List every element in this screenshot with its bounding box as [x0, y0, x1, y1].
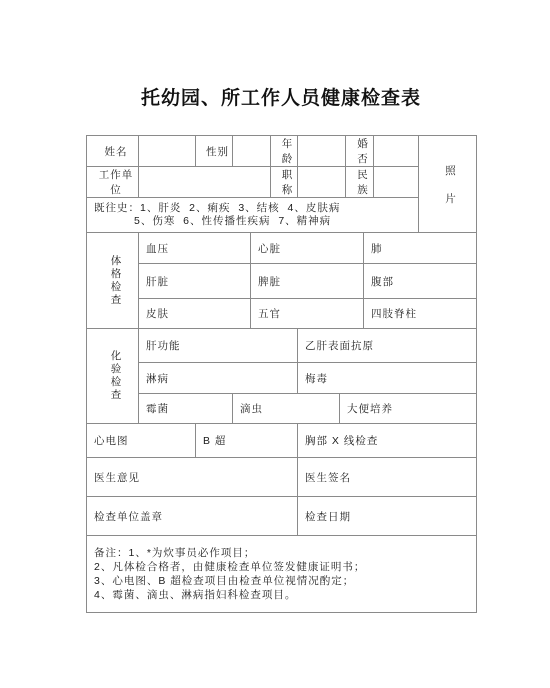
- doctor-signature-cell: 医生签名: [298, 458, 477, 497]
- row-lab-1: 化验检查 肝功能 乙肝表面抗原: [87, 329, 477, 363]
- row-other-exam: 心电图 B 超 胸部 X 线检查: [87, 424, 477, 458]
- page-title: 托幼园、所工作人员健康检查表: [86, 83, 476, 110]
- note-line-2: 2、凡体检合格者，由健康检查单位签发健康证明书；: [94, 560, 476, 574]
- row-doctor: 医生意见 医生签名: [87, 458, 477, 497]
- liver-function-cell: 肝功能: [139, 329, 298, 363]
- note-line-4: 4、霉菌、滴虫、淋病指妇科检查项目。: [94, 588, 476, 602]
- hbsag-cell: 乙肝表面抗原: [298, 329, 477, 363]
- age-value-cell: [298, 136, 346, 167]
- row-notes: 备注：1、*为炊事员必作项目； 2、凡体检合格者，由健康检查单位签发健康证明书；…: [87, 536, 477, 613]
- row-basic-2: 工作单位 职称 民族: [87, 167, 477, 198]
- work-unit-label: 工作单位: [87, 167, 139, 198]
- gonorrhea-cell: 淋病: [139, 363, 298, 394]
- limbs-spine-cell: 四肢脊柱: [364, 299, 477, 329]
- ethnicity-label: 民族: [346, 167, 374, 198]
- work-unit-value-cell: [139, 167, 271, 198]
- health-check-form-table: 姓名 性别 年龄 婚否 照 片 工作单位 职称 民族 既往史：1、肝炎 2、痢疾…: [86, 135, 477, 613]
- photo-placeholder: 照 片: [426, 163, 476, 206]
- blood-pressure-cell: 血压: [139, 233, 251, 264]
- skin-cell: 皮肤: [139, 299, 251, 329]
- name-label: 姓名: [87, 136, 139, 167]
- row-physical-1: 体格检查 血压 心脏 肺: [87, 233, 477, 264]
- photo-cell: 照 片: [419, 136, 477, 233]
- job-title-label: 职称: [271, 167, 298, 198]
- unit-stamp-cell: 检查单位盖章: [87, 497, 298, 536]
- stool-culture-cell: 大便培养: [340, 394, 477, 424]
- gender-value-cell: [233, 136, 271, 167]
- row-lab-2: 淋病 梅毒: [87, 363, 477, 394]
- liver-cell: 肝脏: [139, 264, 251, 299]
- age-label: 年龄: [271, 136, 298, 167]
- row-basic-1: 姓名 性别 年龄 婚否 照 片: [87, 136, 477, 167]
- marital-value-cell: [374, 136, 419, 167]
- notes-cell: 备注：1、*为炊事员必作项目； 2、凡体检合格者，由健康检查单位签发健康证明书；…: [87, 536, 477, 613]
- marital-label: 婚否: [346, 136, 374, 167]
- exam-date-cell: 检查日期: [298, 497, 477, 536]
- syphilis-cell: 梅毒: [298, 363, 477, 394]
- ultrasound-cell: B 超: [196, 424, 298, 458]
- lab-section-label: 化验检查: [87, 329, 139, 424]
- fungus-cell: 霉菌: [139, 394, 233, 424]
- row-physical-2: 肝脏 脾脏 腹部: [87, 264, 477, 299]
- physical-section-label: 体格检查: [87, 233, 139, 329]
- doctor-opinion-cell: 医生意见: [87, 458, 298, 497]
- photo-label-char1: 照: [445, 163, 457, 178]
- trichomonas-cell: 滴虫: [233, 394, 340, 424]
- row-stamp-date: 检查单位盖章 检查日期: [87, 497, 477, 536]
- row-lab-3: 霉菌 滴虫 大便培养: [87, 394, 477, 424]
- ethnicity-value-cell: [374, 167, 419, 198]
- lung-cell: 肺: [364, 233, 477, 264]
- row-physical-3: 皮肤 五官 四肢脊柱: [87, 299, 477, 329]
- history-cell: 既往史：1、肝炎 2、痢疾 3、结核 4、皮肤病 5、伤寒 6、性传播性疾病 7…: [87, 198, 419, 233]
- heart-cell: 心脏: [251, 233, 364, 264]
- job-title-value-cell: [298, 167, 346, 198]
- history-line-1: 既往史：1、肝炎 2、痢疾 3、结核 4、皮肤病: [94, 202, 418, 215]
- name-value-cell: [139, 136, 196, 167]
- abdomen-cell: 腹部: [364, 264, 477, 299]
- chest-xray-cell: 胸部 X 线检查: [298, 424, 477, 458]
- note-line-3: 3、心电图、B 超检查项目由检查单位视情况酌定；: [94, 574, 476, 588]
- facial-organs-cell: 五官: [251, 299, 364, 329]
- gender-label: 性别: [196, 136, 233, 167]
- note-line-1: 备注：1、*为炊事员必作项目；: [94, 546, 476, 560]
- photo-label-char2: 片: [445, 191, 457, 206]
- ecg-cell: 心电图: [87, 424, 196, 458]
- spleen-cell: 脾脏: [251, 264, 364, 299]
- history-line-2: 5、伤寒 6、性传播性疾病 7、精神病: [94, 215, 418, 228]
- row-history: 既往史：1、肝炎 2、痢疾 3、结核 4、皮肤病 5、伤寒 6、性传播性疾病 7…: [87, 198, 477, 233]
